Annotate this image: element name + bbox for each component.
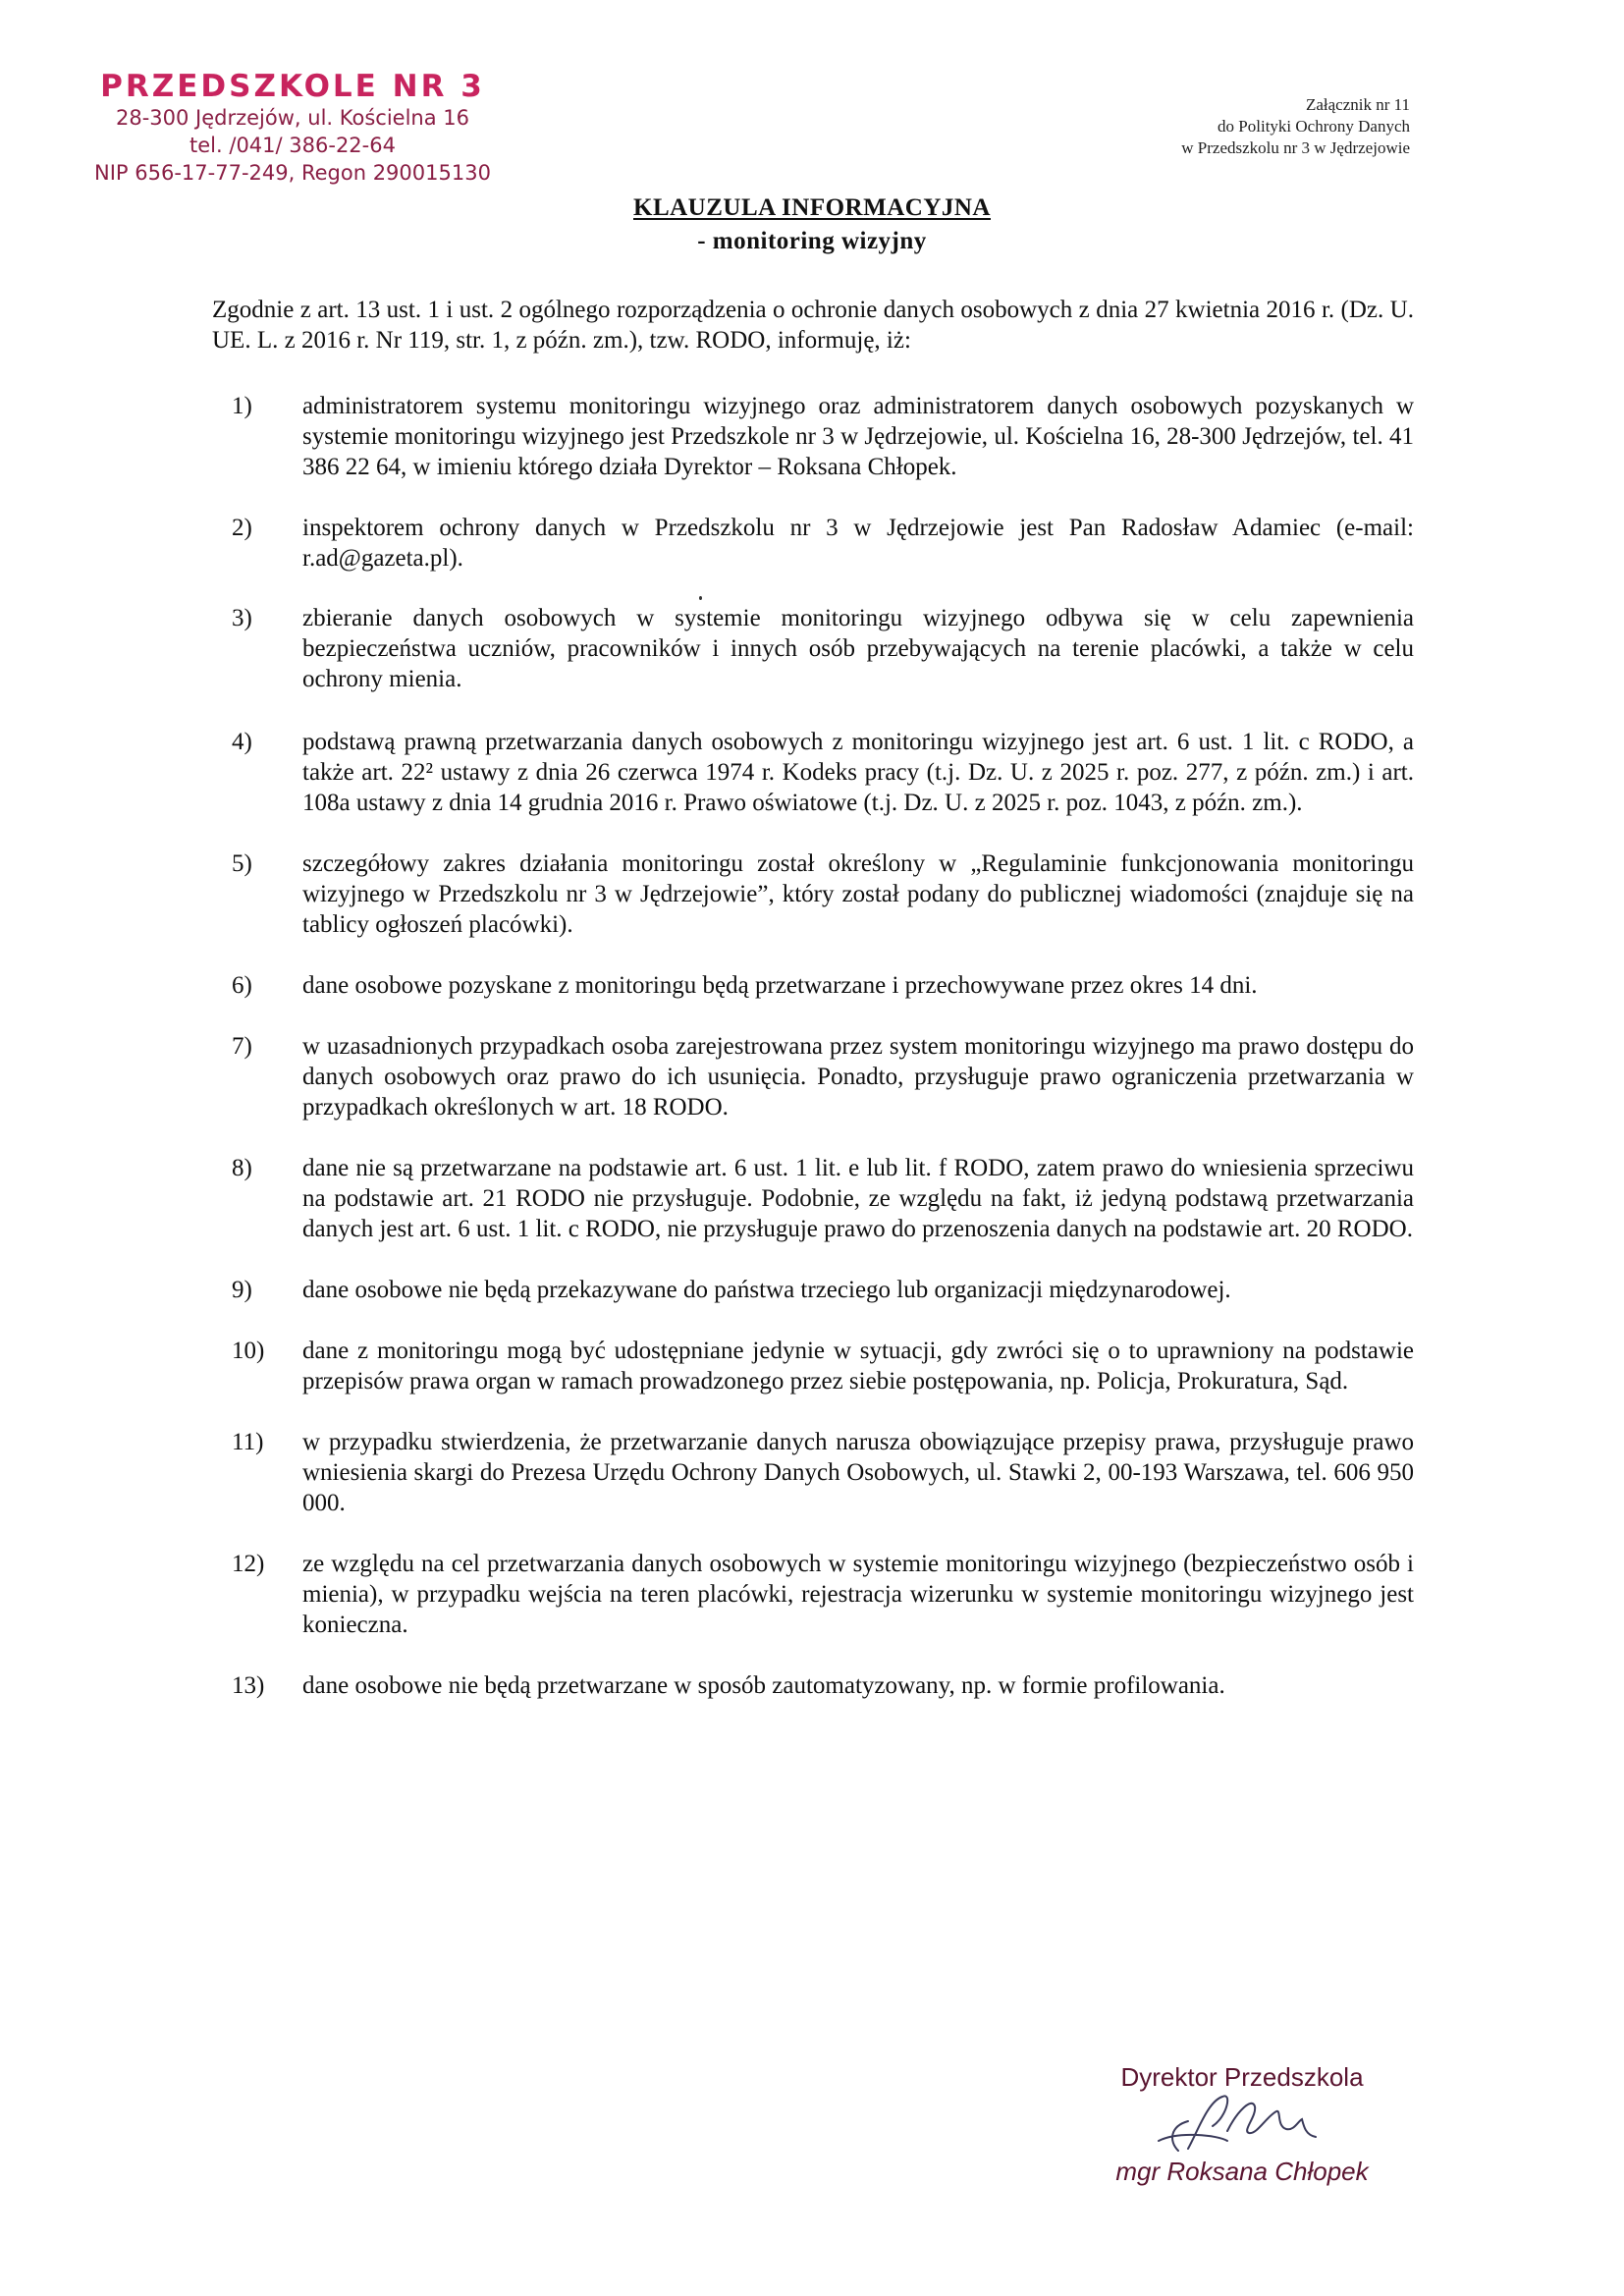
list-item: 10) dane z monitoringu mogą być udostępn… [232,1336,1414,1396]
stamp-ids: NIP 656-17-77-249, Regon 290015130 [86,159,499,187]
list-item: 11) w przypadku stwierdzenia, że przetwa… [232,1427,1414,1518]
document-title-block: KLAUZULA INFORMACYJNA - monitoring wizyj… [0,194,1624,255]
item-number: 11) [232,1427,302,1518]
item-number: 1) [232,391,302,482]
list-item: 13) dane osobowe nie będą przetwarzane w… [232,1670,1414,1701]
intro-paragraph: Zgodnie z art. 13 ust. 1 i ust. 2 ogólne… [212,295,1414,355]
item-text: szczegółowy zakres działania monitoringu… [302,848,1414,940]
list-item: 8) dane nie są przetwarzane na podstawie… [232,1153,1414,1244]
annex-line-2: do Polityki Ochrony Danych [1181,116,1410,137]
list-item: 1) administratorem systemu monitoringu w… [232,391,1414,482]
item-number: 13) [232,1670,302,1701]
annex-line-3: w Przedszkolu nr 3 w Jędrzejowie [1181,137,1410,159]
annex-reference: Załącznik nr 11 do Polityki Ochrony Dany… [1181,94,1410,159]
list-item: 3) zbieranie danych osobowych w systemie… [232,603,1414,694]
item-text: dane nie są przetwarzane na podstawie ar… [302,1153,1414,1244]
list-item: 2) inspektorem ochrony danych w Przedszk… [232,513,1414,574]
item-number: 5) [232,848,302,940]
item-number: 12) [232,1549,302,1640]
item-number: 6) [232,970,302,1001]
item-number: 2) [232,513,302,574]
item-text: w uzasadnionych przypadkach osoba zareje… [302,1031,1414,1122]
item-text: zbieranie danych osobowych w systemie mo… [302,603,1414,694]
item-text: inspektorem ochrony danych w Przedszkolu… [302,513,1414,574]
list-item: 12) ze względu na cel przetwarzania dany… [232,1549,1414,1640]
item-number: 9) [232,1275,302,1305]
stray-mark [699,596,702,600]
item-text: w przypadku stwierdzenia, że przetwarzan… [302,1427,1414,1518]
list-item: 6) dane osobowe pozyskane z monitoringu … [232,970,1414,1001]
item-text: dane z monitoringu mogą być udostępniane… [302,1336,1414,1396]
stamp-title: PRZEDSZKOLE NR 3 [86,69,499,104]
item-text: podstawą prawną przetwarzania danych oso… [302,727,1414,818]
stamp-address: 28-300 Jędrzejów, ul. Kościelna 16 [86,104,499,132]
list-item: 5) szczegółowy zakres działania monitori… [232,848,1414,940]
item-text: dane osobowe nie będą przetwarzane w spo… [302,1670,1414,1701]
document-title: KLAUZULA INFORMACYJNA [0,194,1624,222]
item-number: 7) [232,1031,302,1122]
list-item: 7) w uzasadnionych przypadkach osoba zar… [232,1031,1414,1122]
item-number: 10) [232,1336,302,1396]
list-item: 9) dane osobowe nie będą przekazywane do… [232,1275,1414,1305]
list-item: 4) podstawą prawną przetwarzania danych … [232,727,1414,818]
stamp-phone: tel. /041/ 386-22-64 [86,132,499,159]
school-stamp: PRZEDSZKOLE NR 3 28-300 Jędrzejów, ul. K… [86,69,499,187]
document-subtitle: - monitoring wizyjny [0,228,1624,255]
item-number: 4) [232,727,302,818]
annex-line-1: Załącznik nr 11 [1181,94,1410,116]
item-text: dane osobowe nie będą przekazywane do pa… [302,1275,1414,1305]
signature-name: mgr Roksana Chłopek [1080,2157,1404,2186]
clause-list: 1) administratorem systemu monitoringu w… [232,391,1414,1701]
signature-block: Dyrektor Przedszkola mgr Roksana Chłopek [1080,2062,1404,2186]
item-number: 3) [232,603,302,694]
item-text: ze względu na cel przetwarzania danych o… [302,1549,1414,1640]
signature-role: Dyrektor Przedszkola [1080,2062,1404,2092]
handwritten-signature-icon [1080,2092,1404,2157]
item-text: administratorem systemu monitoringu wizy… [302,391,1414,482]
item-number: 8) [232,1153,302,1244]
item-text: dane osobowe pozyskane z monitoringu będ… [302,970,1414,1001]
